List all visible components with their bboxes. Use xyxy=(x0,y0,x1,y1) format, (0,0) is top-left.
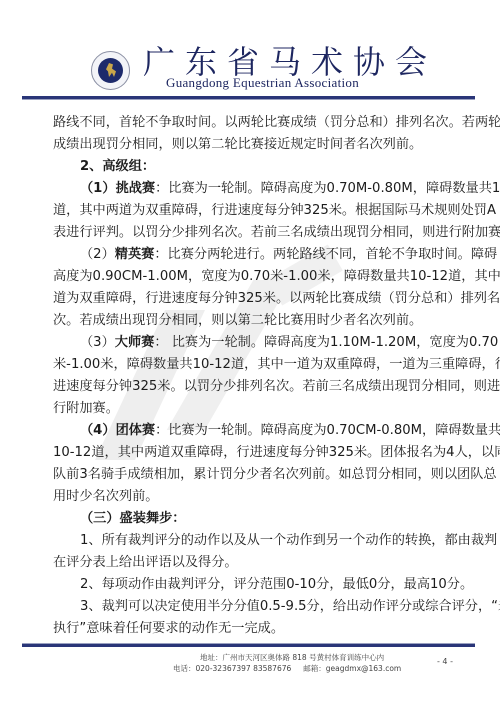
footer-email: 邮箱：geagdmx@163.com xyxy=(303,664,401,673)
header-divider xyxy=(22,96,475,100)
footer-address: 地址：广州市天河区奥体路 818 号黄村体育训练中心内 xyxy=(200,652,384,663)
item-number: （1） xyxy=(80,181,116,196)
horse-icon xyxy=(106,63,116,77)
event-description: ：比赛为一轮制。障碍高度为0.70M-0.80M，障碍数量共10-12 xyxy=(155,181,500,196)
paragraph-line: 执行”意味着任何要求的动作无一完成。 xyxy=(53,618,473,640)
footer-contact: 电话：020-32367397 83587676邮箱：geagdmx@163.c… xyxy=(173,663,401,674)
paragraph-line: 路线不同，首轮不争取时间。以两轮比赛成绩（罚分总和）排列名次。若两轮 xyxy=(53,112,473,134)
emblem-flower-shape xyxy=(98,58,123,83)
association-emblem-icon xyxy=(91,51,130,90)
paragraph-line: 米-1.00米，障碍数量共10-12道，其中一道为双重障碍，一道为三重障碍，行 xyxy=(53,354,473,376)
paragraph-line: （4）团体赛：比赛为一轮制。障碍高度为0.70CM-0.80M，障碍数量共 xyxy=(53,420,473,442)
paragraph-line: 在评分表上给出评语以及得分。 xyxy=(53,552,473,574)
section-heading: 2、高级组： xyxy=(53,156,473,178)
paragraph-line: 3、裁判可以决定使用半分分值0.5-9.5分，给出动作评分或综合评分，“未 xyxy=(53,596,473,618)
page-number: - 4 - xyxy=(437,657,453,666)
paragraph-line: （3）大师赛： 比赛为一轮制。障碍高度为1.10M-1.20M，宽度为0.70 xyxy=(53,332,473,354)
paragraph-line: 10-12道，其中两道双重障碍，行进速度每分钟325米。团体报名为4人，以同 xyxy=(53,442,473,464)
event-description: ： 比赛为一轮制。障碍高度为1.10M-1.20M，宽度为0.70 xyxy=(154,335,498,350)
section-heading: （三）盛装舞步： xyxy=(53,508,473,530)
paragraph-line: 道，其中两道为双重障碍，行进速度每分钟325米。根据国际马术规则处罚A xyxy=(53,200,473,222)
event-description: ：比赛为一轮制。障碍高度为0.70CM-0.80M，障碍数量共 xyxy=(155,423,500,438)
paragraph-line: 用时少名次列前。 xyxy=(53,486,473,508)
event-name: 精英赛 xyxy=(115,247,155,262)
org-name-english: Guangdong Equestrian Association xyxy=(166,75,359,91)
paragraph-line: 次。若成绩出现罚分相同，则以第二轮比赛用时少者名次列前。 xyxy=(53,310,473,332)
paragraph-line: 成绩出现罚分相同，则以第二轮比赛接近规定时间者名次列前。 xyxy=(53,134,473,156)
paragraph-line: 行附加赛。 xyxy=(53,398,473,420)
paragraph-line: （1）挑战赛：比赛为一轮制。障碍高度为0.70M-0.80M，障碍数量共10-1… xyxy=(53,178,473,200)
paragraph-line: 高度为0.90CM-1.00M，宽度为0.70米-1.00米，障碍数量共10-1… xyxy=(53,266,473,288)
footer-divider xyxy=(22,643,475,647)
item-number: （4） xyxy=(80,423,116,438)
event-name: 团体赛 xyxy=(116,423,156,438)
paragraph-line: 进速度每分钟325米。以罚分少排列名次。若前三名成绩出现罚分相同，则进 xyxy=(53,376,473,398)
document-body: 路线不同，首轮不争取时间。以两轮比赛成绩（罚分总和）排列名次。若两轮 成绩出现罚… xyxy=(53,112,473,640)
footer-phone: 电话：020-32367397 83587676 xyxy=(173,664,291,673)
item-number: （3） xyxy=(80,335,115,350)
paragraph-line: 道为双重障碍，行进速度每分钟325米。以两轮比赛成绩（罚分总和）排列名 xyxy=(53,288,473,310)
paragraph-line: （2）精英赛：比赛分两轮进行。两轮路线不同，首轮不争取时间。障碍 xyxy=(53,244,473,266)
letterhead: 广东省马术协会 Guangdong Equestrian Association xyxy=(0,0,500,100)
paragraph-line: 表进行评判。以罚分少排列名次。若前三名成绩出现罚分相同，则进行附加赛。 xyxy=(53,222,473,244)
item-number: （2） xyxy=(80,247,115,262)
paragraph-line: 2、每项动作由裁判评分，评分范围0-10分，最低0分，最高10分。 xyxy=(53,574,473,596)
event-name: 挑战赛 xyxy=(116,181,156,196)
event-description: ：比赛分两轮进行。两轮路线不同，首轮不争取时间。障碍 xyxy=(154,247,497,262)
paragraph-line: 队前3名骑手成绩相加，累计罚分少者名次列前。如总罚分相同，则以团队总 xyxy=(53,464,473,486)
paragraph-line: 1、所有裁判评分的动作以及从一个动作到另一个动作的转换，都由裁判 xyxy=(53,530,473,552)
event-name: 大师赛 xyxy=(115,335,155,350)
